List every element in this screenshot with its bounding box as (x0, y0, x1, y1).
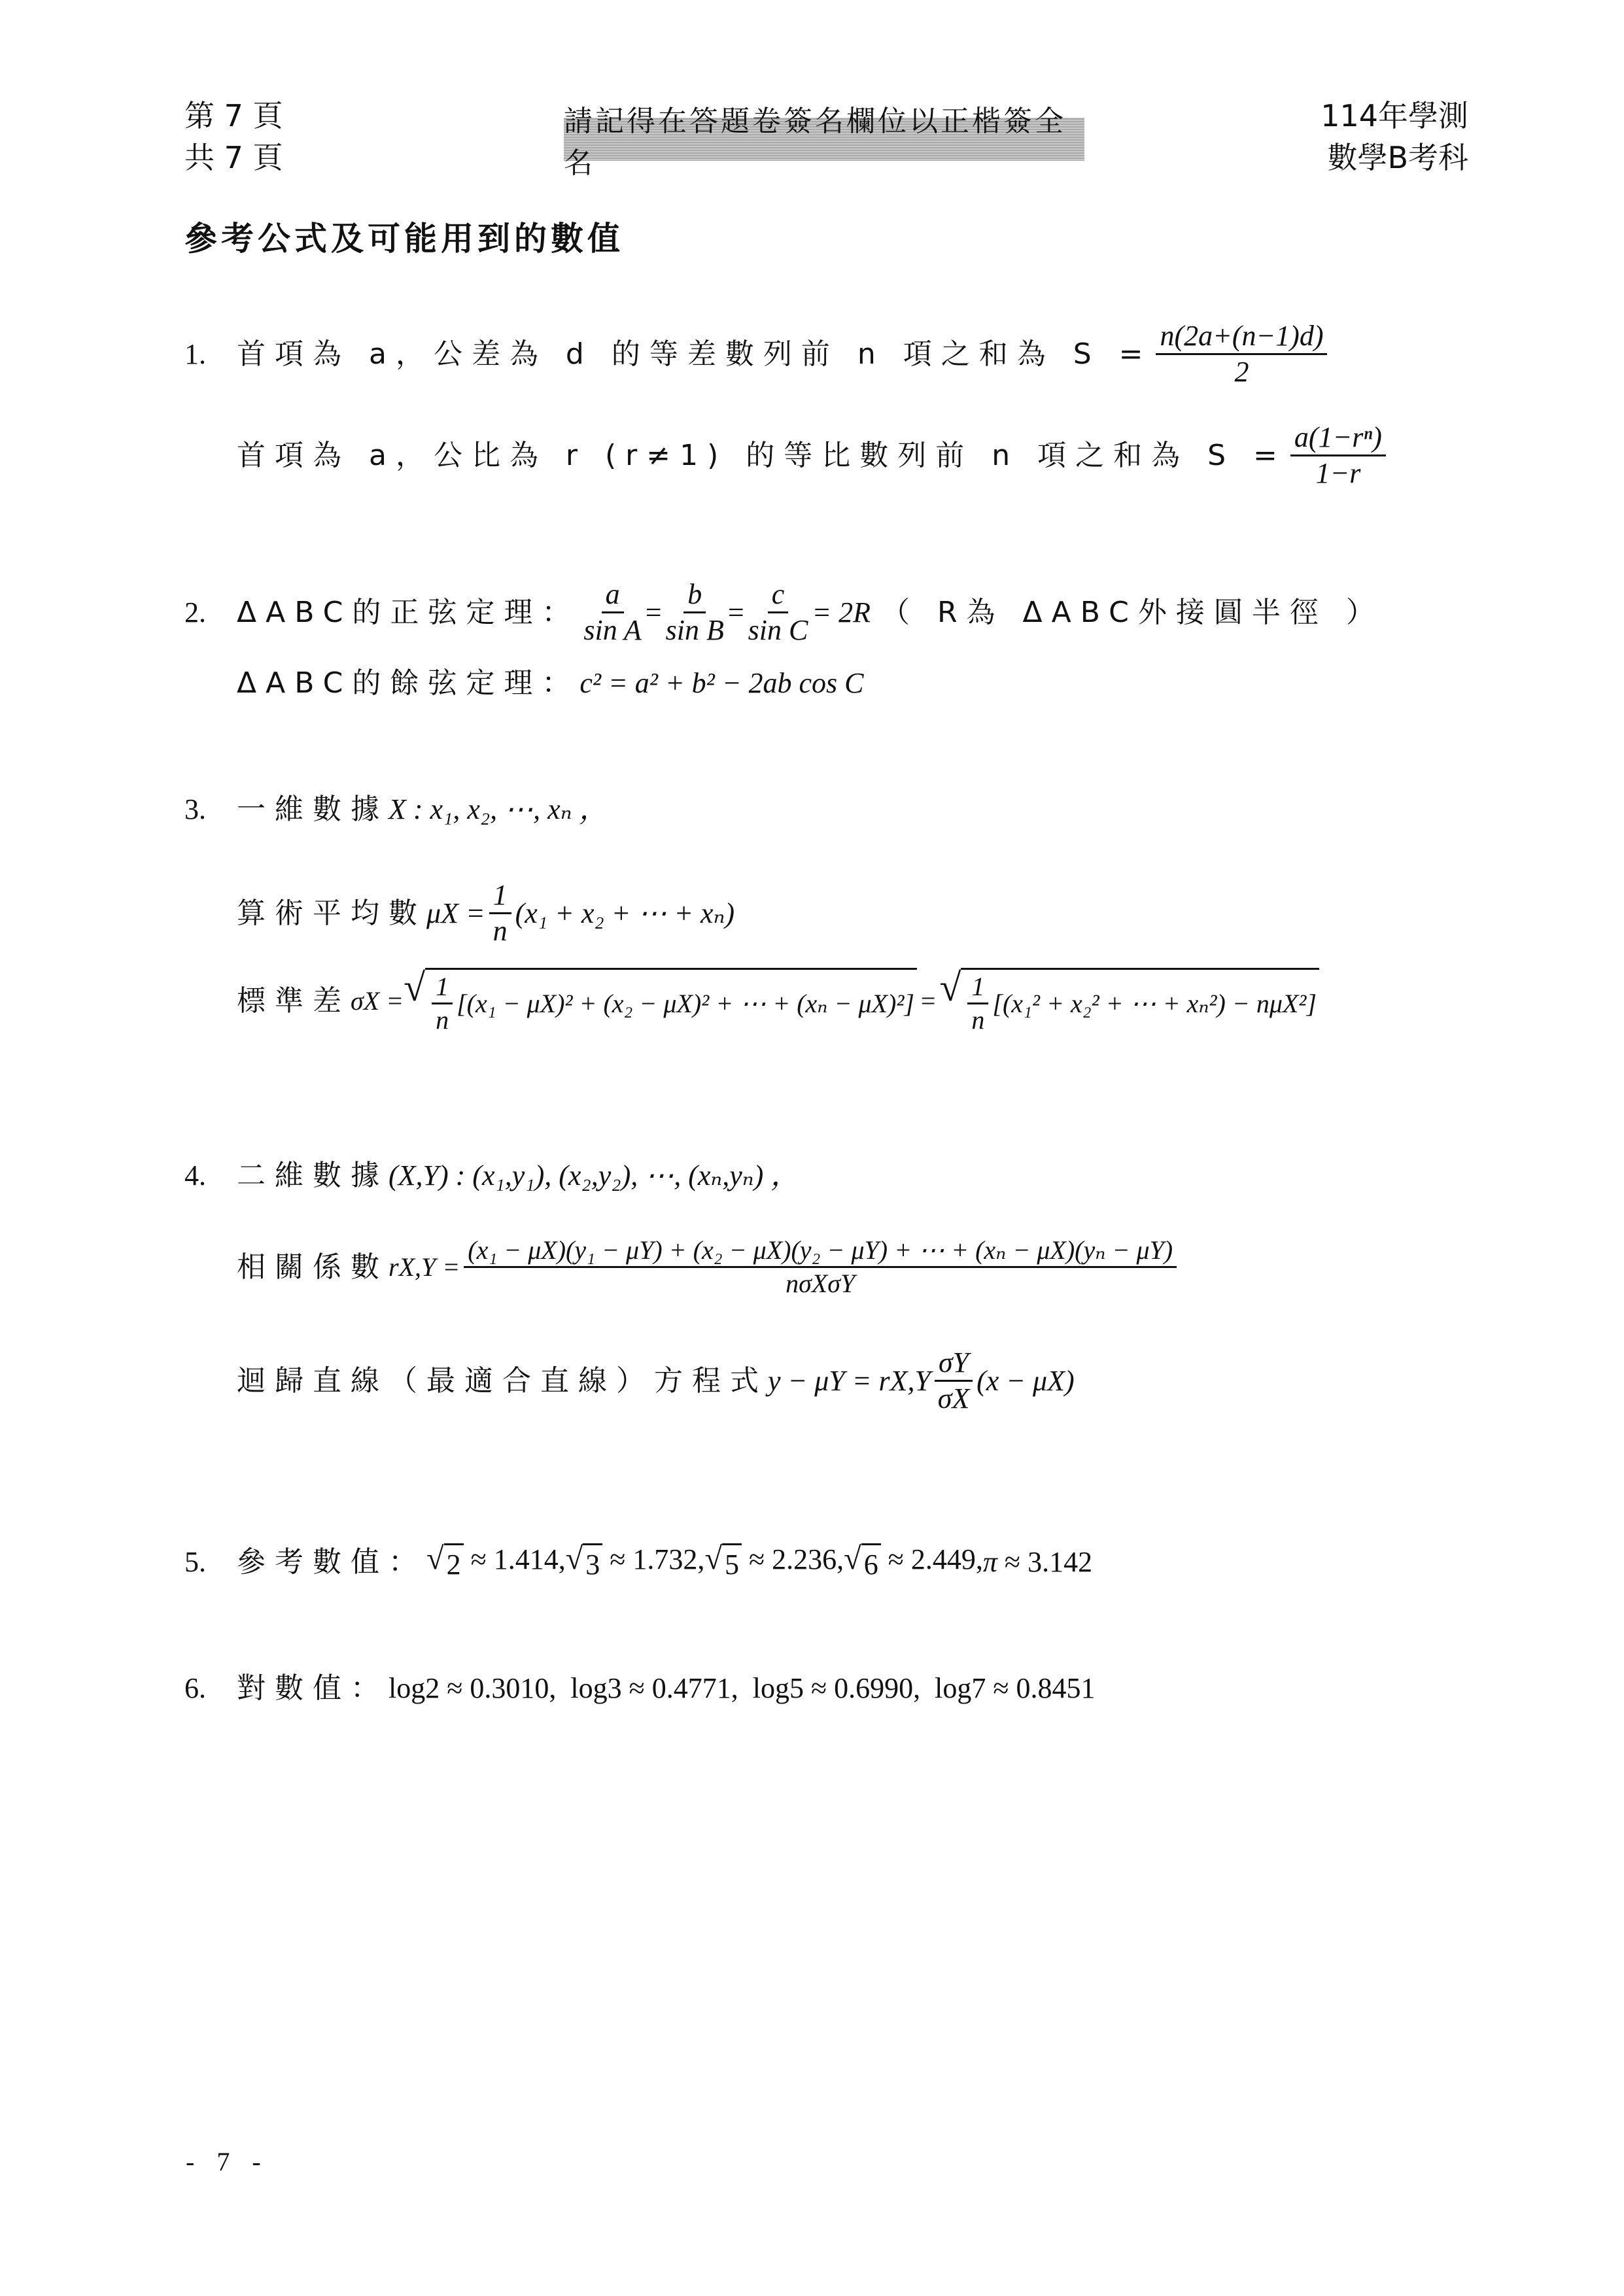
formula-3-data: 3. 一維數據 X : x₁, x₂, ⋯, xₙ ， (184, 790, 608, 829)
formula-label: 二維數據 (237, 1156, 389, 1195)
formula-label: ΔABC的餘弦定理： (237, 664, 579, 703)
value-pi: π ≈ 3.142 (983, 1543, 1092, 1582)
fraction: σYσX (935, 1347, 973, 1415)
formula: (X,Y) : (x₁,y₁), (x₂,y₂), ⋯, (xₙ,yₙ) ， (389, 1156, 799, 1195)
exam-info: 114年學測 數學B考科 (1321, 95, 1468, 179)
formula-label: 算術平均數 (237, 894, 426, 933)
formula-note: （ R為 ΔABC外接圓半徑 ） (881, 593, 1384, 632)
formula-tail: = 2R (812, 593, 871, 632)
formula-5-reference-values: 5. 參考數值： √2 ≈ 1.414, √3 ≈ 1.732, √5 ≈ 2.… (184, 1540, 1092, 1585)
formula-4-correlation: 相關係數 rX,Y = (x₁ − μX)(y₁ − μY) + (x₂ − μ… (237, 1236, 1181, 1298)
formula-label: 一維數據 (237, 790, 389, 829)
formula-label: 對數值： (237, 1669, 389, 1708)
formula-text: 首項為 a，公差為 d 的等差數列前 n 項之和為 S = (237, 335, 1152, 374)
fraction: 1n (489, 880, 511, 948)
formula-1-arithmetic: 1. 首項為 a，公差為 d 的等差數列前 n 項之和為 S = n(2a+(n… (184, 320, 1331, 388)
formula-label: 標準差 (237, 982, 351, 1021)
formula-4-data: 4. 二維數據 (X,Y) : (x₁,y₁), (x₂,y₂), ⋯, (xₙ… (184, 1156, 799, 1195)
formula-text: 首項為 a，公比為 r (r≠1) 的等比數列前 n 項之和為 S = (237, 436, 1287, 475)
formula-6-log-values: 6. 對數值： log2 ≈ 0.3010, log3 ≈ 0.4771, lo… (184, 1669, 1096, 1708)
item-number: 6. (184, 1669, 237, 1708)
page-footer-number: - 7 - (186, 2146, 269, 2177)
item-number: 1. (184, 335, 237, 374)
item-number: 4. (184, 1156, 237, 1195)
fraction: csin C (748, 579, 808, 647)
formula-1-geometric: 首項為 a，公比為 r (r≠1) 的等比數列前 n 項之和為 S = a(1−… (237, 422, 1390, 490)
formula-4-regression: 迴歸直線（最適合直線）方程式 y − μY = rX,Y σYσX (x − μ… (237, 1347, 1075, 1415)
fraction: a(1−rⁿ) 1−r (1290, 422, 1386, 490)
exam-subject: 數學B考科 (1321, 137, 1468, 179)
item-number: 5. (184, 1543, 237, 1582)
formula-3-stddev: 標準差 σX = √ 1n[(x₁ − μX)² + (x₂ − μX)² + … (237, 968, 1319, 1035)
value-sqrt6: √6 ≈ 2.449, (844, 1540, 983, 1585)
item-number: 2. (184, 593, 237, 632)
value-sqrt3: √3 ≈ 1.732, (566, 1540, 705, 1585)
page-indicator: 第 7 頁 共 7 頁 (184, 95, 283, 179)
formula-label: 參考數值： (237, 1543, 426, 1582)
page-number-label: 第 7 頁 (184, 95, 283, 137)
formula-label: 迴歸直線（最適合直線）方程式 (237, 1362, 768, 1401)
exam-year: 114年學測 (1321, 95, 1468, 137)
item-number: 3. (184, 790, 237, 829)
fraction: asin A (583, 579, 641, 647)
fraction: (x₁ − μX)(y₁ − μY) + (x₂ − μX)(y₂ − μY) … (464, 1236, 1177, 1298)
page-total-label: 共 7 頁 (184, 137, 283, 179)
formula: X : x₁, x₂, ⋯, xₙ ， (389, 790, 608, 829)
formula-label: ΔABC的正弦定理： (237, 593, 579, 632)
value-sqrt2: √2 ≈ 1.414, (426, 1540, 566, 1585)
signature-reminder-banner: 請記得在答題卷簽名欄位以正楷簽全名 (564, 118, 1084, 161)
sqrt-expression: √ 1n[(x₁² + x₂² + ⋯ + xₙ²) − nμX²] (939, 968, 1319, 1035)
formula-label: 相關係數 (237, 1248, 389, 1287)
formula: log2 ≈ 0.3010, log3 ≈ 0.4771, log5 ≈ 0.6… (389, 1669, 1096, 1708)
formula-2-sine-law: 2. ΔABC的正弦定理： asin A = bsin B = csin C =… (184, 579, 1384, 647)
fraction: n(2a+(n−1)d) 2 (1156, 320, 1327, 388)
value-sqrt5: √5 ≈ 2.236, (704, 1540, 844, 1585)
formula-3-mean: 算術平均數 μX = 1n (x₁ + x₂ + ⋯ + xₙ) (237, 880, 734, 948)
fraction: bsin B (666, 579, 724, 647)
page-title: 參考公式及可能用到的數值 (184, 213, 624, 260)
formula: c² = a² + b² − 2ab cos C (579, 664, 863, 703)
formula-2-cosine-law: ΔABC的餘弦定理： c² = a² + b² − 2ab cos C (237, 664, 864, 703)
banner-text: 請記得在答題卷簽名欄位以正楷簽全名 (564, 97, 1084, 181)
sqrt-expression: √ 1n[(x₁ − μX)² + (x₂ − μX)² + ⋯ + (xₙ −… (404, 968, 917, 1035)
